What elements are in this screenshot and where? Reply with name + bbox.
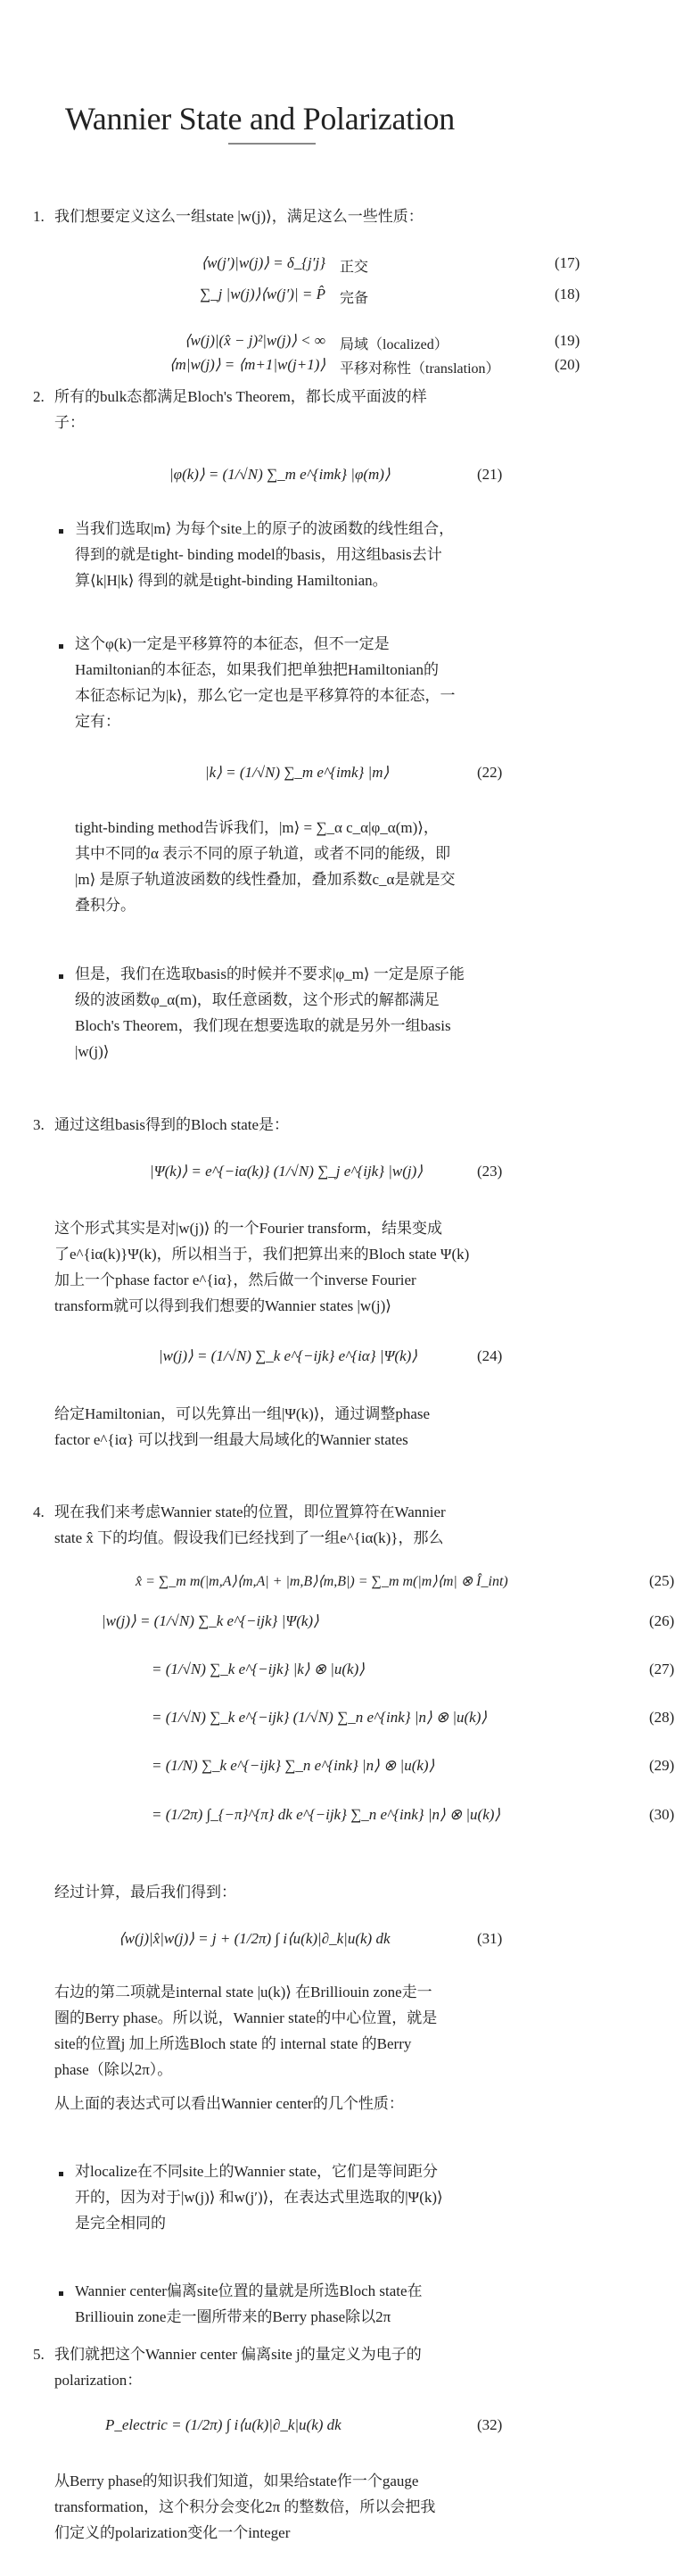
equation-28: = (1/√N) ∑_k e^{−ijk} (1/√N) ∑_n e^{ink}… — [152, 1709, 487, 1727]
equation-32: P_electric = (1/2π) ∫ i⟨u(k)|∂_k|u(k) dk — [105, 2416, 341, 2434]
document-page: Wannier State and Polarization 1. 我们想要定义… — [0, 0, 683, 2576]
bullet-line: 但是，我们在选取basis的时候并不要求|φ_m⟩ 一定是原子能 — [75, 961, 521, 987]
equation-31: ⟨w(j)|x̂|w(j)⟩ = j + (1/2π) ∫ i⟨u(k)|∂_k… — [119, 1930, 391, 1948]
equation-19-label: 局域（localized） — [340, 333, 448, 353]
equation-19: ⟨w(j)|(x̂ − j)²|w(j)⟩ < ∞ — [89, 332, 325, 350]
section-3-intro: 通过这组basis得到的Bloch state是： — [54, 1112, 518, 1138]
equation-17-tag: (17) — [555, 254, 580, 272]
equation-17-label: 正交 — [340, 255, 368, 276]
bullet-line: 级的波函数φ_α(m)，取任意函数，这个形式的解都满足 — [75, 987, 521, 1013]
paragraph-line: 们定义的polarization变化一个integer — [54, 2520, 518, 2546]
list-number: 5. — [33, 2341, 45, 2367]
equation-30-tag: (30) — [649, 1806, 674, 1824]
paragraph-line: 叠积分。 — [75, 892, 521, 918]
section-4-line: state x̂ 下的均值。假设我们已经找到了一组e^{iα(k)}，那么 — [54, 1525, 518, 1551]
equation-18: ∑_j |w(j)⟩⟨w(j′)| = P̂ — [125, 286, 325, 303]
equation-31-tag: (31) — [477, 1930, 502, 1948]
paragraph-line: 圈的Berry phase。所以说，Wannier state的中心位置，就是 — [54, 2005, 518, 2031]
section-2-line-1: 所有的bulk态都满足Bloch's Theorem，都长成平面波的样 — [54, 384, 518, 410]
section-5-line: 我们就把这个Wannier center 偏离site j的量定义为电子的 — [54, 2341, 518, 2367]
paragraph-line: 这个形式其实是对|w(j)⟩ 的一个Fourier transform，结果变成 — [54, 1215, 518, 1241]
equation-25: x̂ = ∑_m m(|m,A⟩⟨m,A| + |m,B⟩⟨m,B|) = ∑_… — [136, 1572, 508, 1590]
equation-21: |φ(k)⟩ = (1/√N) ∑_m e^{imk} |φ(m)⟩ — [169, 466, 391, 484]
equation-26: |w(j)⟩ = (1/√N) ∑_k e^{−ijk} |Ψ(k)⟩ — [102, 1612, 319, 1630]
bullet-line: Bloch's Theorem，我们现在想要选取的就是另外一组basis — [75, 1013, 521, 1039]
bullet-marker — [59, 529, 63, 534]
section-1-intro: 我们想要定义这么一组state |w(j)⟩，满足这么一些性质： — [54, 203, 518, 229]
paragraph-line: tight-binding method告诉我们，|m⟩ = ∑_α c_α|φ… — [75, 815, 521, 841]
paragraph-line: 其中不同的α 表示不同的原子轨道，或者不同的能级，即 — [75, 841, 521, 866]
bullet-line: 开的，因为对于|w(j)⟩ 和w(j′)⟩，在表达式里选取的|Ψ(k)⟩ — [75, 2184, 521, 2210]
paragraph-line: site的位置j 加上所选Bloch state 的 internal stat… — [54, 2031, 518, 2057]
paragraph-line: 经过计算，最后我们得到： — [54, 1879, 518, 1905]
equation-27: = (1/√N) ∑_k e^{−ijk} |k⟩ ⊗ |u(k)⟩ — [152, 1661, 365, 1678]
paragraph-line: 右边的第二项就是internal state |u(k)⟩ 在Brillioui… — [54, 1979, 518, 2005]
list-number: 4. — [33, 1499, 45, 1525]
equation-27-tag: (27) — [649, 1661, 674, 1678]
bullet-line: 对localize在不同site上的Wannier state，它们是等间距分 — [75, 2158, 521, 2184]
paragraph-line: |m⟩ 是原子轨道波函数的线性叠加，叠加系数c_α是就是交 — [75, 866, 521, 892]
equation-22-tag: (22) — [477, 764, 502, 782]
equation-23: |Ψ(k)⟩ = e^{−iα(k)} (1/√N) ∑_j e^{ijk} |… — [150, 1163, 423, 1180]
list-number: 3. — [33, 1112, 45, 1138]
section-4-line: 现在我们来考虑Wannier state的位置，即位置算符在Wannier — [54, 1499, 518, 1525]
title-underline — [228, 143, 316, 145]
paragraph-line: 加上一个phase factor e^{iα}，然后做一个inverse Fou… — [54, 1267, 518, 1293]
bullet-line: Brilliouin zone走一圈所带来的Berry phase除以2π — [75, 2304, 521, 2330]
bullet-line: 是完全相同的 — [75, 2210, 521, 2236]
bullet-marker — [59, 974, 63, 979]
bullet-marker — [59, 2291, 63, 2296]
paragraph-line: 了e^{iα(k)}Ψ(k)，所以相当于，我们把算出来的Bloch state … — [54, 1241, 518, 1267]
bullet-line: 本征态标记为|k⟩，那么它一定也是平移算符的本征态，一 — [75, 683, 521, 708]
equation-20-tag: (20) — [555, 356, 580, 374]
bullet-line: 当我们选取|m⟩ 为每个site上的原子的波函数的线性组合， — [75, 516, 521, 542]
equation-20: ⟨m|w(j)⟩ = ⟨m+1|w(j+1)⟩ — [89, 356, 325, 374]
bullet-line: 定有： — [75, 708, 521, 734]
list-number: 2. — [33, 384, 45, 410]
list-number: 1. — [33, 203, 45, 229]
page-title: Wannier State and Polarization — [0, 100, 683, 137]
equation-21-tag: (21) — [477, 466, 502, 484]
bullet-line: Hamiltonian的本征态，如果我们把单独把Hamiltonian的 — [75, 657, 521, 683]
equation-29-tag: (29) — [649, 1757, 674, 1775]
equation-23-tag: (23) — [477, 1163, 502, 1180]
equation-17: ⟨w(j′)|w(j)⟩ = δ_{j′j} — [125, 254, 325, 272]
paragraph-line: factor e^{iα} 可以找到一组最大局域化的Wannier states — [54, 1427, 518, 1453]
section-5-line: polarization： — [54, 2367, 518, 2393]
equation-24-tag: (24) — [477, 1347, 502, 1365]
equation-29: = (1/N) ∑_k e^{−ijk} ∑_n e^{ink} |n⟩ ⊗ |… — [152, 1757, 434, 1775]
bullet-line: 算⟨k|H|k⟩ 得到的就是tight-binding Hamiltonian。 — [75, 567, 521, 593]
equation-28-tag: (28) — [649, 1709, 674, 1727]
bullet-line: 这个φ(k)一定是平移算符的本征态，但不一定是 — [75, 631, 521, 657]
equation-19-tag: (19) — [555, 332, 580, 350]
equation-32-tag: (32) — [477, 2416, 502, 2434]
paragraph-line: 从Berry phase的知识我们知道，如果给state作一个gauge — [54, 2468, 518, 2494]
equation-24: |w(j)⟩ = (1/√N) ∑_k e^{−ijk} e^{iα} |Ψ(k… — [159, 1347, 417, 1365]
bullet-line: |w(j)⟩ — [75, 1039, 521, 1064]
equation-30: = (1/2π) ∫_{−π}^{π} dk e^{−ijk} ∑_n e^{i… — [152, 1806, 500, 1824]
equation-22: |k⟩ = (1/√N) ∑_m e^{imk} |m⟩ — [205, 764, 389, 782]
section-2-line-2: 子： — [54, 410, 518, 435]
bullet-marker — [59, 2172, 63, 2176]
paragraph-line: transform就可以得到我们想要的Wannier states |w(j)⟩ — [54, 1293, 518, 1319]
equation-20-label: 平移对称性（translation） — [340, 357, 500, 377]
equation-26-tag: (26) — [649, 1612, 674, 1630]
equation-18-label: 完备 — [340, 286, 368, 307]
paragraph-line: 从上面的表达式可以看出Wannier center的几个性质： — [54, 2091, 518, 2116]
paragraph-line: phase（除以2π）。 — [54, 2057, 518, 2083]
bullet-line: Wannier center偏离site位置的量就是所选Bloch state在 — [75, 2278, 521, 2304]
paragraph-line: transformation，这个积分会变化2π 的整数倍，所以会把我 — [54, 2494, 518, 2520]
equation-25-tag: (25) — [649, 1572, 674, 1590]
bullet-line: 得到的就是tight- binding model的basis，用这组basis… — [75, 542, 521, 567]
equation-18-tag: (18) — [555, 286, 580, 303]
paragraph-line: 给定Hamiltonian，可以先算出一组|Ψ(k)⟩，通过调整phase — [54, 1401, 518, 1427]
bullet-marker — [59, 644, 63, 649]
